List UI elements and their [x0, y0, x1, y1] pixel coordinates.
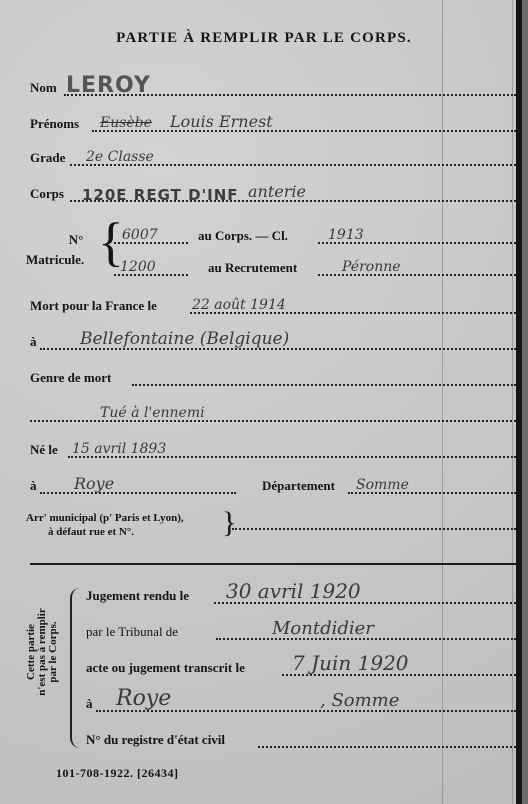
arrondissement-label-2: à défaut rue et N°. [48, 526, 134, 538]
section-divider [30, 563, 516, 565]
corps-hand: anterie [248, 182, 306, 201]
page-title: PARTIE À REMPLIR PAR LE CORPS. [0, 30, 528, 47]
nom-value: LEROY [66, 73, 151, 98]
mort-date: 22 août 1914 [192, 297, 286, 313]
field-jugement-lieu: à Roye , Somme [86, 694, 516, 714]
form-reference: 101-708-1922. [26434] [56, 766, 178, 781]
au-recrutement-label: au Recrutement [208, 260, 297, 276]
field-prenoms: Prénoms Eusèbe Louis Ernest [30, 114, 516, 134]
field-lieu-deces: à Bellefontaine (Belgique) [30, 332, 516, 352]
field-arrondissement [232, 512, 516, 532]
genre-value: Tué à l'ennemi [100, 405, 205, 421]
registre-label: N° du registre d'état civil [86, 732, 225, 748]
field-matricule-recrutement: 1200 au Recrutement Péronne [114, 258, 516, 278]
jugement-rendu-label: Jugement rendu le [86, 588, 189, 604]
lieu-deces-value: Bellefontaine (Belgique) [80, 329, 289, 349]
au-corps-label: au Corps. — Cl. [198, 228, 288, 244]
field-nom: Nom LEROY [30, 78, 516, 98]
grade-value: 2e Classe [86, 149, 154, 165]
field-grade: Grade 2e Classe [30, 148, 516, 168]
tribunal-label: par le Tribunal de [86, 624, 178, 640]
matricule-corps-number: 6007 [122, 227, 158, 243]
corps-stamp: 120E REGT D'INF [82, 186, 239, 204]
prenoms-value: Louis Ernest [170, 112, 273, 131]
matricule-label-top: N° [56, 232, 96, 248]
field-genre-de-mort-value: Tué à l'ennemi [30, 404, 516, 424]
jugement-lieu-value2: , Somme [320, 690, 399, 711]
corps-label: Corps [30, 186, 64, 202]
departement-value: Somme [356, 477, 409, 493]
genre-label: Genre de mort [30, 370, 111, 386]
nom-label: Nom [30, 80, 57, 96]
scan-edge [516, 0, 522, 804]
mort-label: Mort pour la France le [30, 298, 157, 314]
departement-label: Département [262, 478, 335, 494]
jugement-lieu-value: Roye [116, 686, 171, 711]
lieu-deces-label: à [30, 334, 37, 350]
field-corps: Corps 120E REGT D'INF anterie [30, 184, 516, 204]
classe-value: 1913 [328, 227, 364, 243]
transcrit-value: 7 Juin 1920 [292, 651, 409, 675]
ne-le-value: 15 avril 1893 [72, 441, 166, 457]
jugement-rendu-value: 30 avril 1920 [226, 579, 361, 603]
ne-le-label: Né le [30, 442, 58, 458]
field-ne-le: Né le 15 avril 1893 [30, 440, 516, 460]
matricule-recrutement-number: 1200 [120, 259, 156, 275]
transcrit-label: acte ou jugement transcrit le [86, 660, 245, 676]
prenoms-label: Prénoms [30, 116, 79, 132]
field-transcrit: acte ou jugement transcrit le 7 Juin 192… [86, 658, 516, 678]
field-registre: N° du registre d'état civil [86, 730, 516, 750]
field-jugement-rendu: Jugement rendu le 30 avril 1920 [86, 586, 516, 606]
tribunal-value: Montdidier [272, 618, 374, 639]
jugement-lieu-label: à [86, 696, 93, 712]
grade-label: Grade [30, 150, 65, 166]
field-matricule-corps: 6007 au Corps. — Cl. 1913 [114, 226, 516, 246]
side-note: Cette partie n'est pas à remplir par le … [26, 582, 59, 722]
field-genre-de-mort: Genre de mort [30, 368, 516, 388]
field-lieu-naissance: à Roye Département Somme [30, 476, 516, 496]
death-record-card: PARTIE À REMPLIR PAR LE CORPS. Nom LEROY… [0, 0, 522, 804]
recrutement-place: Péronne [342, 259, 401, 275]
lieu-naissance-label: à [30, 478, 37, 494]
matricule-label-bottom: Matricule. [26, 252, 84, 268]
prenoms-struck: Eusèbe [100, 115, 152, 131]
field-mort-pour-la-france: Mort pour la France le 22 août 1914 [30, 296, 516, 316]
lieu-naissance-value: Roye [74, 474, 114, 493]
arrondissement-label-1: Arr' municipal (p' Paris et Lyon), [26, 512, 184, 524]
brace-icon [70, 588, 80, 748]
field-tribunal: par le Tribunal de Montdidier [86, 622, 516, 642]
